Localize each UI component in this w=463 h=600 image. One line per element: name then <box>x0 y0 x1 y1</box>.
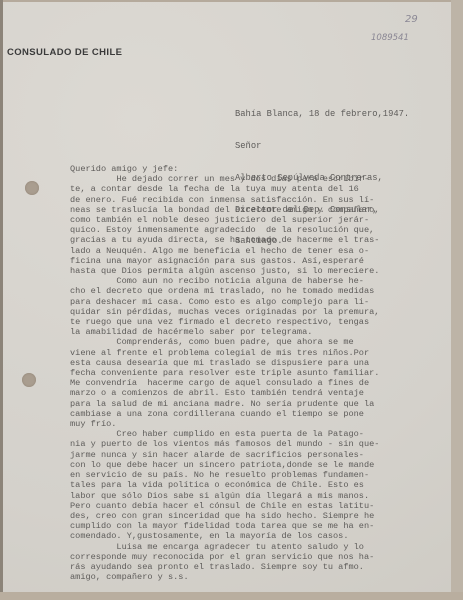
body-line: de enero. Fué recibida con inmensa satis… <box>70 195 379 205</box>
body-line: la amabilidad de hacérmelo saber por tel… <box>70 327 379 337</box>
place-date: Bahía Blanca, 18 de febrero,1947. <box>235 109 409 120</box>
body-line: cambiase a una zona cordillerana cuando … <box>70 409 379 419</box>
body-line: Comprenderás, como buen padre, que ahora… <box>70 337 379 347</box>
recipient-line: Señor <box>235 141 409 152</box>
body-line: tales para la vida política o económica … <box>70 480 379 490</box>
pencil-page-number: 29 <box>405 14 418 25</box>
body-line: lado a Neuquén. Algo me beneficia el hec… <box>70 246 379 256</box>
body-line: ficina una mayor asignación para sus gas… <box>70 256 379 266</box>
body-line: quico. Estoy inmensamente agradecido de … <box>70 225 379 235</box>
body-line: Me convendría hacerme cargo de aquel con… <box>70 378 379 388</box>
body-line: te ruego que una vez firmado el decreto … <box>70 317 379 327</box>
body-line: como también el noble deseo justiciero d… <box>70 215 379 225</box>
body-line: Creo haber cumplido en esta puerta de la… <box>70 429 379 439</box>
scan-right-margin <box>451 0 463 600</box>
body-line: comendado. Y,gustosamente, en la mayoría… <box>70 531 379 541</box>
body-line: nia y puerto de los vientos más famosos … <box>70 439 379 449</box>
pencil-catalog-number: 1089541 <box>371 33 409 43</box>
body-line: corresponde muy reconocida por el gran s… <box>70 552 379 562</box>
body-line: des, creo con gran sinceridad que ha sid… <box>70 511 379 521</box>
letter-body: Querido amigo y jefe: He dejado correr u… <box>70 164 379 582</box>
body-line: para deshacer mi casa. Como esto es algo… <box>70 297 379 307</box>
body-line: jarme nunca y sin hacer alarde de sacrif… <box>70 450 379 460</box>
body-line: viene al frente el problema colegial de … <box>70 348 379 358</box>
body-line: cumplido con la mayor fidelidad toda tar… <box>70 521 379 531</box>
body-line: labor que sólo Dios sabe si algún día ll… <box>70 491 379 501</box>
body-line: Pero cuanto debía hacer el cónsul de Chi… <box>70 501 379 511</box>
letterhead: CONSULADO DE CHILE <box>7 47 122 58</box>
body-line: esta causa desearía que mi traslado se d… <box>70 358 379 368</box>
body-line: cho el decreto que ordena mi traslado, n… <box>70 286 379 296</box>
salutation: Querido amigo y jefe: <box>70 164 379 174</box>
body-line: fecha conveniente para resolver este tri… <box>70 368 379 378</box>
body-line: hasta que Dios permita algún ascenso jus… <box>70 266 379 276</box>
body-line: quidar sin pérdidas, muchas veces origin… <box>70 307 379 317</box>
body-line: marzo o a comienzos de abril. Esto tambi… <box>70 388 379 398</box>
body-line: te, a contar desde la fecha de la tuya m… <box>70 184 379 194</box>
body-line: muy frío. <box>70 419 379 429</box>
body-line: rás ayudando sea pronto el traslado. Sie… <box>70 562 379 572</box>
body-line: amigo, compañero y s.s. <box>70 572 379 582</box>
body-line: en servicio de su país. No he resuelto p… <box>70 470 379 480</box>
scan-bottom-margin <box>0 592 463 600</box>
body-line: con lo que debe hacer un sincero patriot… <box>70 460 379 470</box>
punch-hole-bottom <box>22 373 36 387</box>
body-line: Luisa me encarga agradecer tu atento sal… <box>70 542 379 552</box>
punch-hole-top <box>25 181 39 195</box>
body-line: neas se traslucía la bondad del excelent… <box>70 205 379 215</box>
body-line: Como aun no recibo noticia alguna de hab… <box>70 276 379 286</box>
body-line: He dejado correr un mes y dos días para … <box>70 174 379 184</box>
body-line: gracias a tu ayuda directa, se ha tomado… <box>70 235 379 245</box>
body-line: para la salud de mi anciana madre. No se… <box>70 399 379 409</box>
